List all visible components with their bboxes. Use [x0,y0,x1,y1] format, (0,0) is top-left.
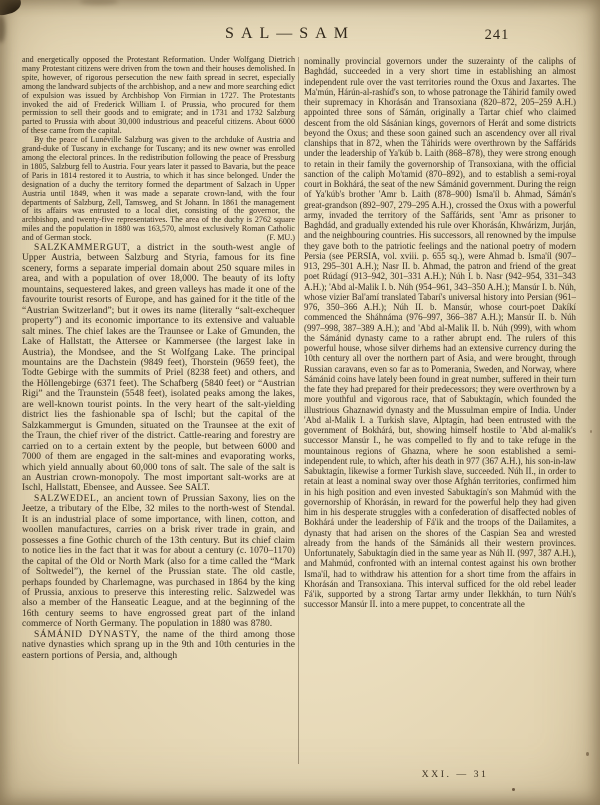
entry-text: a district in the south-west angle of Up… [22,243,295,493]
scan-corner-ink-mark [0,0,23,17]
page-number: 241 [462,27,532,44]
entry-text: an ancient town of Prussian Saxony, lies… [22,494,295,629]
volume-signature-mark: XXI. — 31 [304,769,576,780]
right-column: nominally provincial governors under the… [304,56,576,768]
left-column: and energetically opposed the Protestant… [22,56,295,792]
scan-top-smudge [80,0,118,5]
entry-headword: SÁMÁNID DYNASTY, [34,630,140,640]
scan-speck [512,788,515,791]
entry-salzwedel: SALZWEDEL, an ancient town of Prussian S… [22,494,295,630]
paragraph-text: By the peace of Lunéville Salzburg was g… [22,135,295,242]
column-divider-rule [298,57,299,764]
paragraph-text: nominally provincial governors under the… [304,56,576,609]
entry-salzkammergut: SALZKAMMERGUT, a district in the south-w… [22,243,295,494]
entry-samanid-dynasty: SÁMÁNID DYNASTY, the name of the third a… [22,630,295,661]
paragraph-samanid-continuation: nominally provincial governors under the… [304,56,576,610]
scanned-encyclopedia-page: SAL—SAM 241 and energetically opposed th… [0,0,600,805]
scan-speck [590,430,592,433]
entry-headword: SALZKAMMERGUT, [34,243,130,253]
scan-speck [586,752,589,756]
paragraph-text: and energetically opposed the Protestant… [22,56,295,135]
entry-headword: SALZWEDEL, [34,494,99,504]
paragraph-salzburg-history: By the peace of Lunéville Salzburg was g… [22,136,295,243]
author-attribution: (F. MU.) [247,234,295,243]
paragraph-salzburg-continuation: and energetically opposed the Protestant… [22,56,295,136]
